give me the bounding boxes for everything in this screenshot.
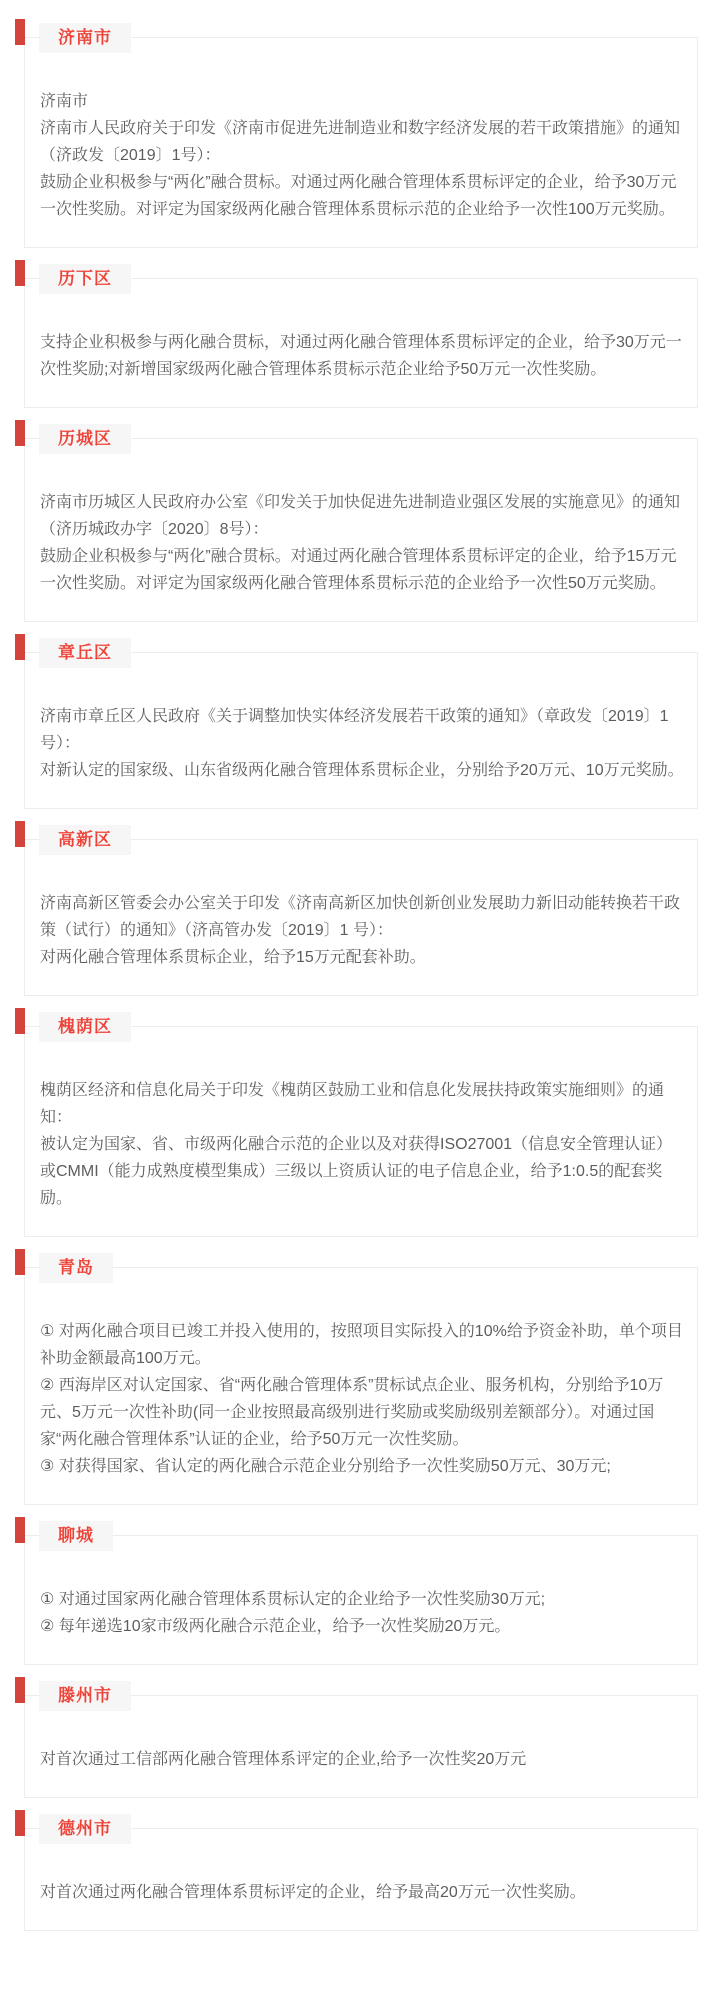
- policy-text: 支持企业积极参与两化融合贯标，对通过两化融合管理体系贯标评定的企业，给予30万元…: [40, 329, 687, 383]
- red-corner-bar: [15, 1008, 25, 1034]
- red-corner-bar: [15, 1810, 25, 1836]
- policy-paragraph: 鼓励企业积极参与“两化”融合贯标。对通过两化融合管理体系贯标评定的企业，给予30…: [40, 169, 687, 223]
- policy-paragraph: 对两化融合管理体系贯标企业，给予15万元配套补助。: [40, 944, 687, 971]
- red-corner-bar: [15, 634, 25, 660]
- policy-section: 高新区 济南高新区管委会办公室关于印发《济南高新区加快创新创业发展助力新旧动能转…: [24, 839, 698, 996]
- region-label: 滕州市: [39, 1681, 131, 1711]
- policy-paragraph: 济南市章丘区人民政府《关于调整加快实体经济发展若干政策的通知》（章政发〔2019…: [40, 703, 687, 757]
- policy-paragraph: 济南高新区管委会办公室关于印发《济南高新区加快创新创业发展助力新旧动能转换若干政…: [40, 890, 687, 944]
- policy-paragraph: 被认定为国家、省、市级两化融合示范的企业以及对获得ISO27001（信息安全管理…: [40, 1131, 687, 1212]
- policy-section: 滕州市 对首次通过工信部两化融合管理体系评定的企业,给予一次性奖20万元: [24, 1695, 698, 1798]
- red-corner-bar: [15, 821, 25, 847]
- policy-paragraph: 对首次通过工信部两化融合管理体系评定的企业,给予一次性奖20万元: [40, 1746, 687, 1773]
- region-label: 槐荫区: [39, 1012, 131, 1042]
- region-label: 济南市: [39, 23, 131, 53]
- red-corner-bar: [15, 1677, 25, 1703]
- region-label: 高新区: [39, 825, 131, 855]
- policy-text: 济南市济南市人民政府关于印发《济南市促进先进制造业和数字经济发展的若干政策措施》…: [40, 88, 687, 223]
- region-label: 章丘区: [39, 638, 131, 668]
- policy-text: ① 对两化融合项目已竣工并投入使用的，按照项目实际投入的10%给予资金补助，单个…: [40, 1318, 687, 1480]
- policy-paragraph: 对新认定的国家级、山东省级两化融合管理体系贯标企业，分别给予20万元、10万元奖…: [40, 757, 687, 784]
- policy-section: 聊城 ① 对通过国家两化融合管理体系贯标认定的企业给予一次性奖励30万元;② 每…: [24, 1535, 698, 1665]
- red-corner-bar: [15, 1249, 25, 1275]
- region-label: 聊城: [39, 1521, 113, 1551]
- policy-section: 济南市 济南市济南市人民政府关于印发《济南市促进先进制造业和数字经济发展的若干政…: [24, 37, 698, 248]
- policy-paragraph: ① 对两化融合项目已竣工并投入使用的，按照项目实际投入的10%给予资金补助，单个…: [40, 1318, 687, 1372]
- policy-section: 槐荫区 槐荫区经济和信息化局关于印发《槐荫区鼓励工业和信息化发展扶持政策实施细则…: [24, 1026, 698, 1237]
- policy-page: 济南市 济南市济南市人民政府关于印发《济南市促进先进制造业和数字经济发展的若干政…: [0, 0, 716, 1991]
- policy-text: 对首次通过工信部两化融合管理体系评定的企业,给予一次性奖20万元: [40, 1746, 687, 1773]
- policy-paragraph: 济南市人民政府关于印发《济南市促进先进制造业和数字经济发展的若干政策措施》的通知…: [40, 115, 687, 169]
- red-corner-bar: [15, 1517, 25, 1543]
- red-corner-bar: [15, 260, 25, 286]
- policy-section: 历下区 支持企业积极参与两化融合贯标，对通过两化融合管理体系贯标评定的企业，给予…: [24, 278, 698, 408]
- region-label: 德州市: [39, 1814, 131, 1844]
- policy-list: 济南市 济南市济南市人民政府关于印发《济南市促进先进制造业和数字经济发展的若干政…: [0, 37, 716, 1931]
- policy-paragraph: 支持企业积极参与两化融合贯标，对通过两化融合管理体系贯标评定的企业，给予30万元…: [40, 329, 687, 383]
- policy-paragraph: ③ 对获得国家、省认定的两化融合示范企业分别给予一次性奖励50万元、30万元;: [40, 1453, 687, 1480]
- policy-text: 济南市章丘区人民政府《关于调整加快实体经济发展若干政策的通知》（章政发〔2019…: [40, 703, 687, 784]
- policy-paragraph: 鼓励企业积极参与“两化”融合贯标。对通过两化融合管理体系贯标评定的企业，给予15…: [40, 543, 687, 597]
- policy-paragraph: 对首次通过两化融合管理体系贯标评定的企业，给予最高20万元一次性奖励。: [40, 1879, 687, 1906]
- red-corner-bar: [15, 420, 25, 446]
- policy-section: 历城区 济南市历城区人民政府办公室《印发关于加快促进先进制造业强区发展的实施意见…: [24, 438, 698, 622]
- policy-text: 对首次通过两化融合管理体系贯标评定的企业，给予最高20万元一次性奖励。: [40, 1879, 687, 1906]
- region-label: 青岛: [39, 1253, 113, 1283]
- policy-section: 德州市 对首次通过两化融合管理体系贯标评定的企业，给予最高20万元一次性奖励。: [24, 1828, 698, 1931]
- policy-text: 济南市历城区人民政府办公室《印发关于加快促进先进制造业强区发展的实施意见》的通知…: [40, 489, 687, 597]
- policy-paragraph: ② 每年递选10家市级两化融合示范企业，给予一次性奖励20万元。: [40, 1613, 687, 1640]
- policy-section: 青岛 ① 对两化融合项目已竣工并投入使用的，按照项目实际投入的10%给予资金补助…: [24, 1267, 698, 1505]
- policy-section: 章丘区 济南市章丘区人民政府《关于调整加快实体经济发展若干政策的通知》（章政发〔…: [24, 652, 698, 809]
- policy-paragraph: 槐荫区经济和信息化局关于印发《槐荫区鼓励工业和信息化发展扶持政策实施细则》的通知…: [40, 1077, 687, 1131]
- red-corner-bar: [15, 19, 25, 45]
- policy-paragraph: 济南市: [40, 88, 687, 115]
- region-label: 历城区: [39, 424, 131, 454]
- policy-text: 济南高新区管委会办公室关于印发《济南高新区加快创新创业发展助力新旧动能转换若干政…: [40, 890, 687, 971]
- policy-paragraph: ① 对通过国家两化融合管理体系贯标认定的企业给予一次性奖励30万元;: [40, 1586, 687, 1613]
- region-label: 历下区: [39, 264, 131, 294]
- policy-paragraph: ② 西海岸区对认定国家、省“两化融合管理体系”贯标试点企业、服务机构，分别给予1…: [40, 1372, 687, 1453]
- policy-paragraph: 济南市历城区人民政府办公室《印发关于加快促进先进制造业强区发展的实施意见》的通知…: [40, 489, 687, 543]
- policy-text: 槐荫区经济和信息化局关于印发《槐荫区鼓励工业和信息化发展扶持政策实施细则》的通知…: [40, 1077, 687, 1212]
- policy-text: ① 对通过国家两化融合管理体系贯标认定的企业给予一次性奖励30万元;② 每年递选…: [40, 1586, 687, 1640]
